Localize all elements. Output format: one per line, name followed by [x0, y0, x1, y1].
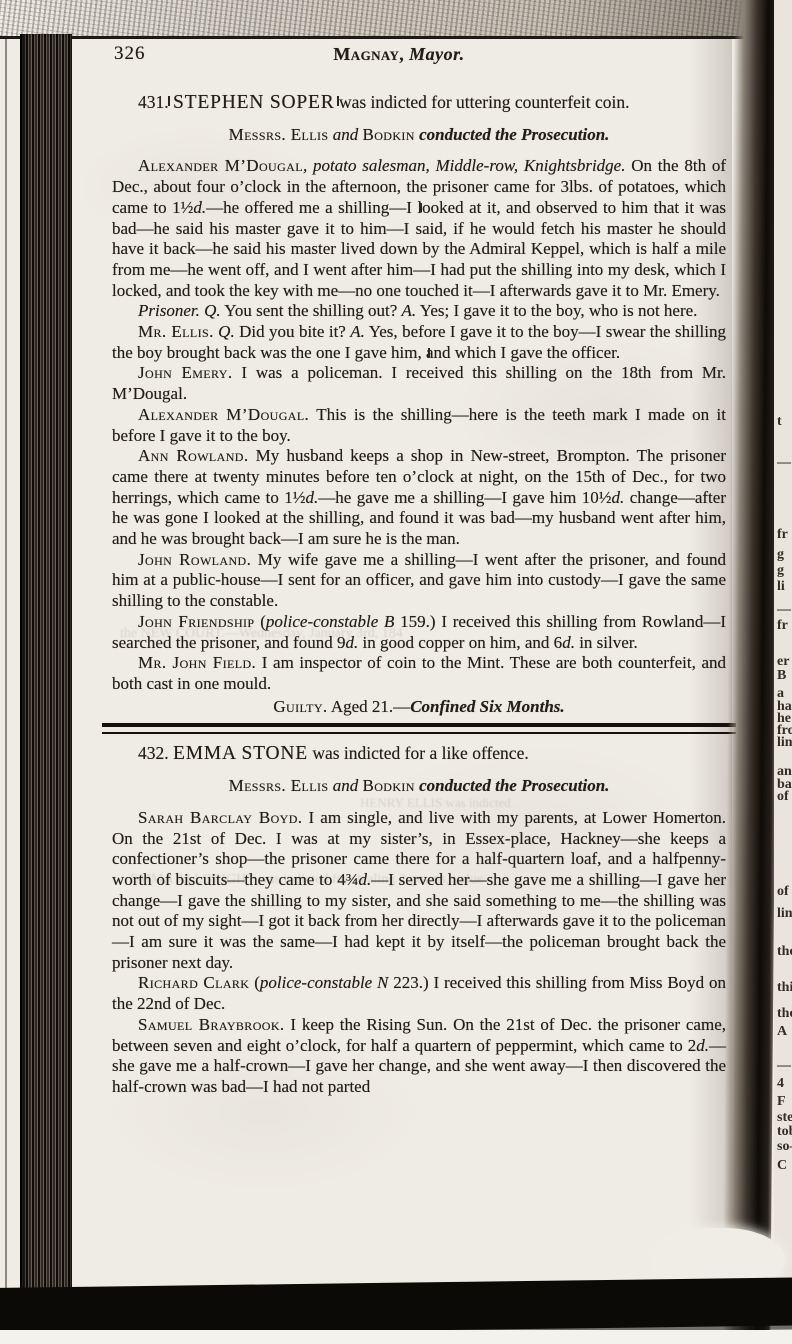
text-segment: Mayor. — [409, 44, 465, 64]
facing-page-text-fragment: g — [777, 547, 784, 563]
testimony-paragraph: John Friendship (police-constable B 159.… — [112, 612, 726, 653]
text-segment: , potato salesman, Middle-row, Knightsbr… — [303, 156, 626, 175]
text-segment: Prisoner. Q. — [138, 301, 221, 320]
verdict-line: Guilty. Aged 21.—Confined Six Months. — [112, 697, 726, 718]
text-segment: and — [328, 125, 362, 144]
ink-speck — [428, 348, 430, 357]
text-segment: Richard Clark — [138, 973, 249, 992]
case-list: 431. STEPHEN SOPER was indicted for utte… — [112, 92, 726, 1098]
text-segment: Messrs. Ellis — [229, 125, 329, 144]
facing-page-text-fragment: A — [777, 1024, 787, 1040]
text-segment: d. — [193, 198, 206, 217]
facing-page-text-fragment: thi — [777, 980, 792, 996]
page-header: 326 Magnay, Mayor. — [112, 44, 726, 68]
text-segment: Alexander M’Dougal. — [138, 405, 309, 424]
text-segment: Aged 21.— — [328, 697, 411, 716]
facing-page-text-fragment: t — [777, 414, 782, 430]
testimony-paragraph: John Emery. I was a policeman. I receive… — [112, 363, 726, 404]
scan-bottom-margin — [0, 1330, 792, 1344]
text-segment: d. — [345, 633, 358, 652]
facing-page-text-fragment: — — [777, 602, 791, 618]
text-segment: Samuel Braybrook. — [138, 1015, 285, 1034]
facing-page-text-fragment: lin — [777, 735, 792, 751]
text-segment: d. — [696, 1036, 709, 1055]
testimony-paragraph: Sarah Barclay Boyd. I am single, and liv… — [112, 808, 726, 974]
text-segment: ( — [249, 973, 260, 992]
testimony-paragraph: Mr. Ellis. Q. Did you bite it? A. Yes, b… — [112, 322, 726, 363]
text-segment: ( — [255, 612, 266, 631]
facing-page-text-fragment: fr — [777, 527, 788, 543]
testimony-paragraph: Alexander M’Dougal, potato salesman, Mid… — [112, 156, 726, 301]
text-segment: John Friendship — [138, 612, 255, 631]
facing-page-text-fragment: of — [777, 789, 789, 805]
text-segment: was indicted for uttering counterfeit co… — [335, 92, 630, 112]
text-segment: 432. — [138, 743, 173, 763]
facing-page-text-fragment: so— — [777, 1139, 792, 1155]
testimony-paragraph: Alexander M’Dougal. This is the shilling… — [112, 405, 726, 446]
text-segment: d. — [562, 633, 575, 652]
scan-bottom-band — [0, 1277, 792, 1336]
text-segment: Bodkin — [362, 125, 414, 144]
text-segment: Bodkin — [362, 776, 414, 795]
facing-page-text-fragment: the — [777, 1006, 792, 1022]
facing-page-text-fragment: of — [777, 884, 789, 900]
text-segment: You sent the shilling out? — [221, 301, 402, 320]
text-segment: conducted the Prosecution. — [415, 776, 610, 795]
text-segment: EMMA STONE — [173, 743, 308, 764]
text-segment: Confined Six Months. — [410, 697, 564, 716]
case-431: 431. STEPHEN SOPER was indicted for utte… — [112, 92, 726, 734]
text-segment: and — [328, 776, 362, 795]
text-segment: Sarah Barclay Boyd. — [138, 808, 302, 827]
text-segment: was indicted for a like offence. — [308, 743, 529, 763]
text-segment: Mr. John Field. — [138, 653, 256, 672]
facing-page-text-fragment: lin — [777, 906, 792, 922]
running-header: Magnay, Mayor. — [112, 44, 686, 65]
facing-page-text-fragment: F — [777, 1094, 786, 1110]
section-divider-rule — [102, 723, 736, 734]
facing-page-text-fragment: — — [777, 455, 791, 471]
facing-page-text-fragment: li — [777, 579, 785, 595]
facing-page-text-fragment: tob — [777, 1124, 792, 1140]
text-segment: Guilty. — [273, 697, 327, 716]
text-segment: STEPHEN SOPER — [173, 92, 335, 113]
text-segment: Q. — [218, 322, 235, 341]
facing-page-text-fragment: fr — [777, 618, 788, 634]
case-432: 432. EMMA STONE was indicted for a like … — [112, 743, 726, 1097]
text-segment: Ann Rowland. — [138, 446, 249, 465]
text-segment: —he gave me a shilling—I gave him 10½ — [318, 488, 611, 507]
facing-page-text-fragment: C — [777, 1158, 787, 1174]
text-segment: Alexander M’Dougal — [138, 156, 303, 175]
facing-page-text-fragment: — — [777, 1058, 791, 1074]
facing-page-text-fragment: B — [777, 668, 786, 684]
facing-page-text-fragment: the — [777, 944, 792, 960]
scan-top-page-edges — [0, 0, 792, 39]
facing-page-edge: t—frggli—frerBahahefrolinanbaofoflinthet… — [774, 0, 792, 1344]
text-segment: Messrs. Ellis — [229, 776, 329, 795]
text-segment: police-constable B — [266, 612, 395, 631]
text-segment: d. — [612, 488, 625, 507]
ink-speck — [420, 203, 422, 212]
text-segment: in good copper on him, and 6 — [358, 633, 562, 652]
ink-speck — [337, 96, 339, 106]
counsel-line: Messrs. Ellis and Bodkin conducted the P… — [112, 776, 726, 797]
testimony-paragraph: Richard Clark (police-constable N 223.) … — [112, 973, 726, 1014]
case-title: 432. EMMA STONE was indicted for a like … — [112, 743, 726, 765]
scan-left-margin-line — [5, 0, 7, 1300]
text-segment: police-constable N — [260, 973, 389, 992]
testimony-paragraph: Prisoner. Q. You sent the shilling out? … — [112, 301, 726, 322]
book-binding-left — [20, 34, 72, 1296]
testimony-paragraph: John Rowland. My wife gave me a shilling… — [112, 550, 726, 612]
facing-page-text-fragment: g — [777, 563, 784, 579]
text-segment: Magnay, — [333, 44, 409, 64]
text-segment: John Rowland. — [138, 550, 251, 569]
ink-speck — [168, 96, 170, 106]
case-title: 431. STEPHEN SOPER was indicted for utte… — [112, 92, 726, 114]
testimony-paragraph: Samuel Braybrook. I keep the Rising Sun.… — [112, 1015, 726, 1098]
scanned-book-page: { "scan": { "page_number": "326", "runni… — [0, 0, 792, 1344]
text-segment: d. — [306, 488, 319, 507]
text-segment: John Emery. — [138, 363, 233, 382]
text-segment: A. — [350, 322, 365, 341]
text-segment: Did you bite it? — [235, 322, 351, 341]
text-segment: A. — [402, 301, 417, 320]
text-segment: in silver. — [575, 633, 638, 652]
testimony-paragraph: Ann Rowland. My husband keeps a shop in … — [112, 446, 726, 550]
text-segment: d. — [358, 870, 371, 889]
testimony-paragraph: Mr. John Field. I am inspector of coin t… — [112, 653, 726, 694]
page-text-column: 326 Magnay, Mayor. 431. STEPHEN SOPER wa… — [112, 44, 726, 1098]
facing-page-text-fragment: 4 — [777, 1076, 784, 1092]
counsel-line: Messrs. Ellis and Bodkin conducted the P… — [112, 125, 726, 146]
text-segment: Yes; I gave it to the boy, who is not he… — [416, 301, 697, 320]
text-segment: Mr. Ellis. — [138, 322, 214, 341]
text-segment: conducted the Prosecution. — [415, 125, 610, 144]
